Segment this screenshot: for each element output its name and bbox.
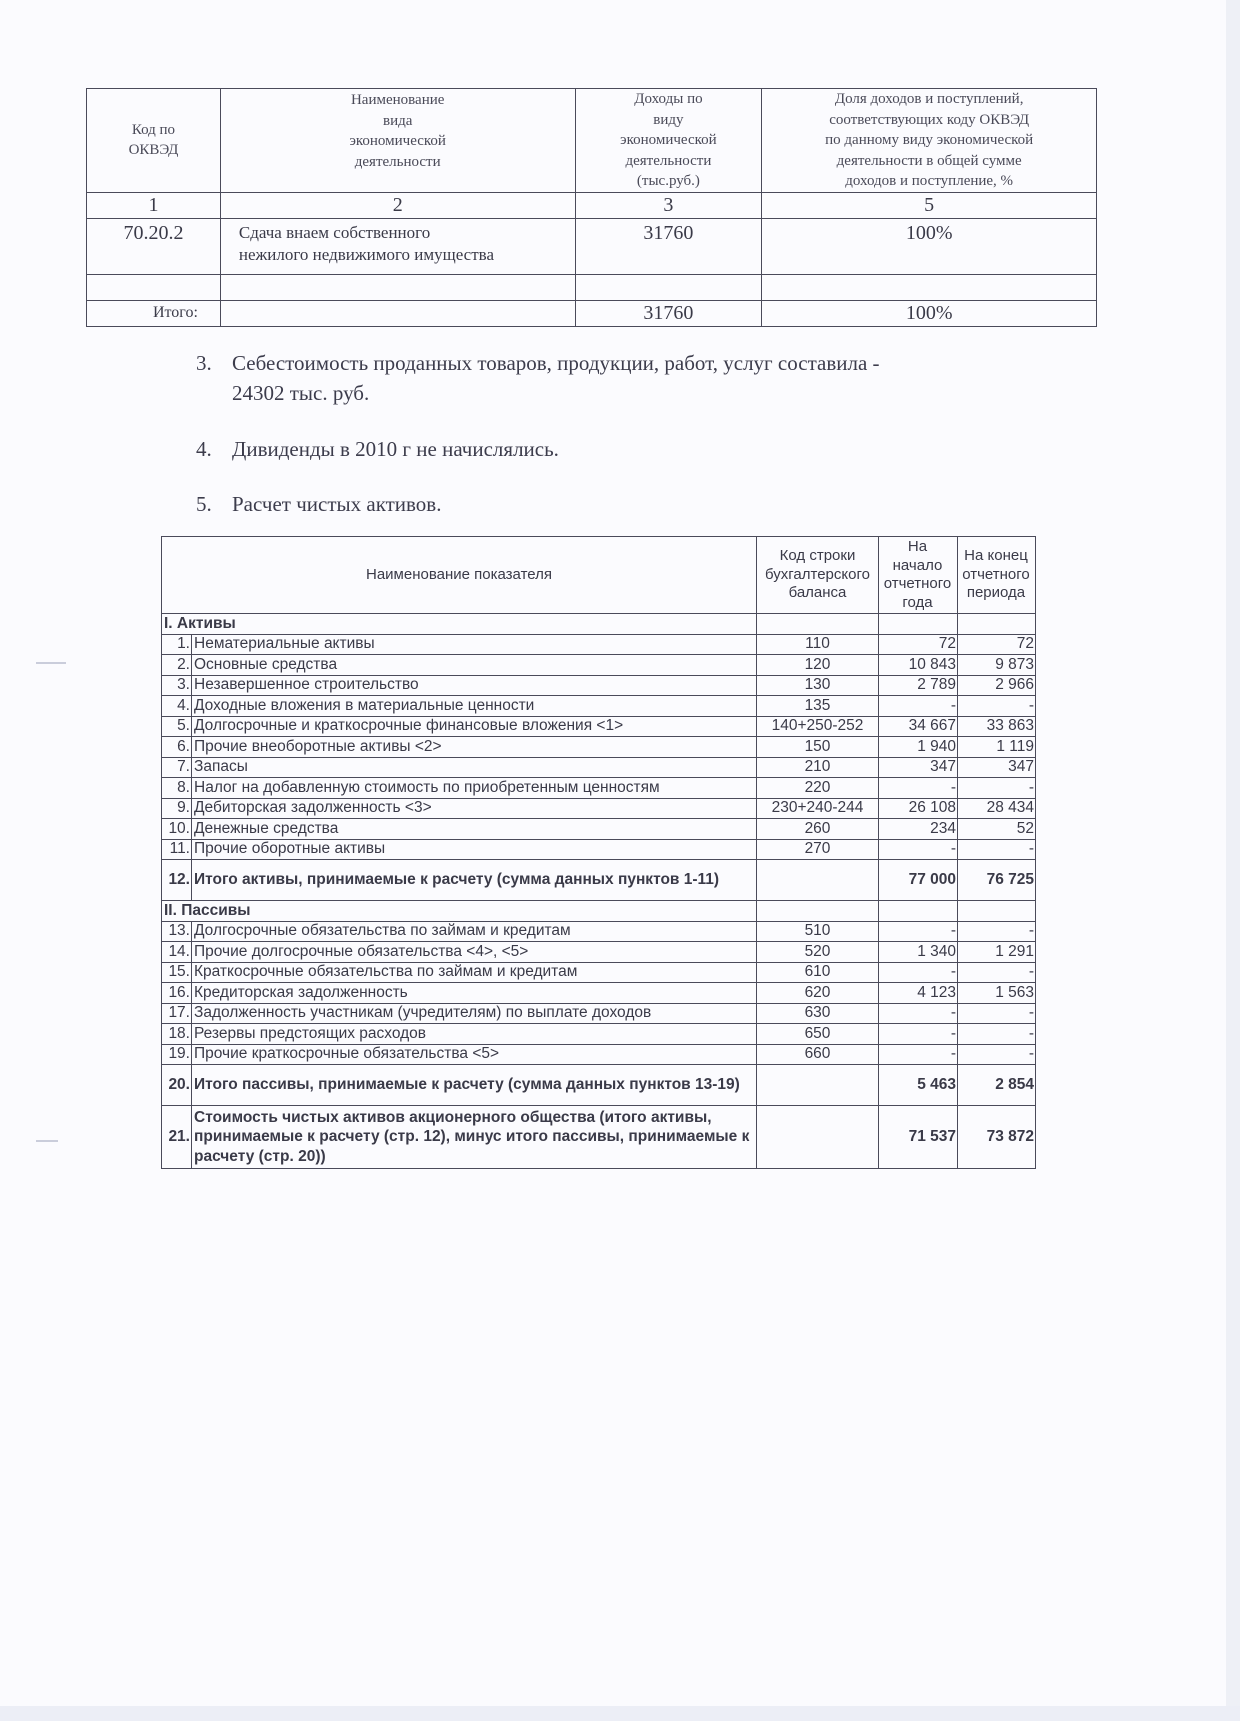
value-start-of-year: 347 (879, 757, 958, 778)
balance-line-code: 620 (757, 983, 879, 1004)
paragraph-line: 24302 тыс. руб. (232, 378, 369, 408)
value-start-of-year: 34 667 (879, 716, 958, 737)
table-row: 14.Прочие долгосрочные обязательства <4>… (162, 942, 1036, 963)
header-line: соответствующих коду ОКВЭД (762, 110, 1096, 131)
value-end-of-period: 33 863 (958, 716, 1036, 737)
okved-code-cell (87, 274, 221, 300)
indicator-name: Долгосрочные и краткосрочные финансовые … (192, 716, 757, 737)
header-line: Доля доходов и поступлений, (762, 89, 1096, 110)
empty-cell (958, 614, 1036, 635)
table-row: 4.Доходные вложения в материальные ценно… (162, 696, 1036, 717)
row-number: 11. (162, 839, 192, 860)
indicator-name: Итого пассивы, принимаемые к расчету (су… (192, 1065, 757, 1106)
indicator-name: Долгосрочные обязательства по займам и к… (192, 921, 757, 942)
table-row-empty (87, 274, 1097, 300)
value-start-of-year: 26 108 (879, 798, 958, 819)
header-okved-code: Код по ОКВЭД (87, 89, 221, 193)
table-row: 5.Долгосрочные и краткосрочные финансовы… (162, 716, 1036, 737)
balance-line-code: 135 (757, 696, 879, 717)
column-number: 5 (762, 192, 1097, 218)
total-name-cell (220, 300, 575, 326)
table-row: 2.Основные средства12010 8439 873 (162, 655, 1036, 676)
header-line: баланса (757, 584, 878, 603)
header-line: бухгалтерского (757, 566, 878, 585)
balance-line-code (757, 860, 879, 901)
table-header-row: Наименование показателя Код строки бухга… (162, 537, 1036, 614)
value-start-of-year: - (879, 921, 958, 942)
total-income: 31760 (575, 300, 762, 326)
balance-line-code: 130 (757, 675, 879, 696)
header-line: периода (958, 584, 1034, 603)
row-number: 4. (162, 696, 192, 717)
table-row: 15.Краткосрочные обязательства по займам… (162, 962, 1036, 983)
net-assets-table: Наименование показателя Код строки бухга… (161, 536, 1036, 1169)
header-line: Код строки (757, 547, 878, 566)
table-row: 12.Итого активы, принимаемые к расчету (… (162, 860, 1036, 901)
balance-line-code: 110 (757, 634, 879, 655)
header-line: Доходы по (576, 89, 762, 110)
header-line: (тыс.руб.) (576, 171, 762, 192)
balance-line-code: 270 (757, 839, 879, 860)
value-start-of-year: - (879, 696, 958, 717)
scan-edge-right (1226, 0, 1240, 1721)
paragraph-line: Расчет чистых активов. (232, 489, 441, 519)
table-row: 18.Резервы предстоящих расходов650-- (162, 1024, 1036, 1045)
row-number: 14. (162, 942, 192, 963)
table-row: 7.Запасы210347347 (162, 757, 1036, 778)
value-end-of-period: - (958, 778, 1036, 799)
header-start-of-year: На начало отчетного года (879, 537, 958, 614)
column-number: 2 (220, 192, 575, 218)
okved-income-table: Код по ОКВЭД Наименование вида экономиче… (86, 88, 1097, 327)
balance-line-code (757, 1106, 879, 1169)
header-income: Доходы по виду экономической деятельност… (575, 89, 762, 193)
table-row: 1. Нематериальные активы1107272 (162, 634, 1036, 655)
balance-line-code (757, 1065, 879, 1106)
header-balance-line-code: Код строки бухгалтерского баланса (757, 537, 879, 614)
value-end-of-period: - (958, 1024, 1036, 1045)
indicator-name: Прочие оборотные активы (192, 839, 757, 860)
section-title: I. Активы (162, 614, 757, 635)
row-number: 21. (162, 1106, 192, 1169)
value-start-of-year: - (879, 839, 958, 860)
table-row: 17.Задолженность участникам (учредителям… (162, 1003, 1036, 1024)
header-line: доходов и поступление, % (762, 171, 1096, 192)
header-indicator-name: Наименование показателя (162, 537, 757, 614)
header-line: вида (221, 111, 575, 132)
value-end-of-period: 2 966 (958, 675, 1036, 696)
header-line: года (879, 594, 956, 613)
activity-name-cell: Сдача внаем собственного нежилого недвиж… (220, 218, 575, 274)
indicator-name: Нематериальные активы (192, 634, 757, 655)
scan-artifact (36, 1140, 58, 1142)
empty-cell (757, 901, 879, 922)
header-income-share: Доля доходов и поступлений, соответствую… (762, 89, 1097, 193)
value-start-of-year: 71 537 (879, 1106, 958, 1169)
income-cell (575, 274, 762, 300)
row-number: 16. (162, 983, 192, 1004)
activity-name-line: Сдача внаем собственного (239, 222, 575, 244)
row-number: 10. (162, 819, 192, 840)
header-line: начало (879, 557, 956, 576)
balance-line-code: 630 (757, 1003, 879, 1024)
header-line: Код по (87, 120, 220, 141)
table-row: 13.Долгосрочные обязательства по займам … (162, 921, 1036, 942)
row-number: 7. (162, 757, 192, 778)
value-start-of-year: 234 (879, 819, 958, 840)
indicator-name: Прочие внеоборотные активы <2> (192, 737, 757, 758)
header-line: экономической (576, 130, 762, 151)
value-end-of-period: 76 725 (958, 860, 1036, 901)
balance-line-code: 660 (757, 1044, 879, 1065)
indicator-name: Прочие долгосрочные обязательства <4>, <… (192, 942, 757, 963)
row-number: 1. (162, 634, 192, 655)
table-row: 9.Дебиторская задолженность <3>230+240-2… (162, 798, 1036, 819)
row-number: 2. (162, 655, 192, 676)
value-start-of-year: - (879, 1024, 958, 1045)
header-end-of-period: На конец отчетного периода (958, 537, 1036, 614)
list-number: 3. (196, 348, 212, 378)
column-number: 3 (575, 192, 762, 218)
row-number: 12. (162, 860, 192, 901)
header-line: по данному виду экономической (762, 130, 1096, 151)
scan-edge-bottom (0, 1706, 1240, 1721)
table-row: 8.Налог на добавленную стоимость по прио… (162, 778, 1036, 799)
balance-line-code: 120 (757, 655, 879, 676)
share-cell: 100% (762, 218, 1097, 274)
indicator-name: Кредиторская задолженность (192, 983, 757, 1004)
table-header-row: Код по ОКВЭД Наименование вида экономиче… (87, 89, 1097, 193)
income-cell: 31760 (575, 218, 762, 274)
paragraph-line: Себестоимость проданных товаров, продукц… (232, 348, 880, 378)
share-cell (762, 274, 1097, 300)
value-end-of-period: 52 (958, 819, 1036, 840)
table-row: 19.Прочие краткосрочные обязательства <5… (162, 1044, 1036, 1065)
value-start-of-year: - (879, 778, 958, 799)
balance-line-code: 230+240-244 (757, 798, 879, 819)
indicator-name: Резервы предстоящих расходов (192, 1024, 757, 1045)
table-row: 10.Денежные средства26023452 (162, 819, 1036, 840)
empty-cell (879, 901, 958, 922)
row-number: 5. (162, 716, 192, 737)
list-number: 5. (196, 489, 212, 519)
balance-line-code: 140+250-252 (757, 716, 879, 737)
value-start-of-year: - (879, 1003, 958, 1024)
balance-line-code: 260 (757, 819, 879, 840)
balance-line-code: 210 (757, 757, 879, 778)
row-number: 6. (162, 737, 192, 758)
indicator-name: Основные средства (192, 655, 757, 676)
paragraph-line: Дивиденды в 2010 г не начислялись. (232, 434, 559, 464)
row-number: 9. (162, 798, 192, 819)
value-end-of-period: - (958, 921, 1036, 942)
indicator-name: Доходные вложения в материальные ценност… (192, 696, 757, 717)
section-header-row: I. Активы (162, 614, 1036, 635)
header-line: ОКВЭД (87, 140, 220, 161)
value-start-of-year: 72 (879, 634, 958, 655)
row-number: 20. (162, 1065, 192, 1106)
indicator-name: Денежные средства (192, 819, 757, 840)
table-row: 21.Стоимость чистых активов акционерного… (162, 1106, 1036, 1169)
value-end-of-period: 72 (958, 634, 1036, 655)
row-number: 19. (162, 1044, 192, 1065)
row-number: 13. (162, 921, 192, 942)
table-row: 16.Кредиторская задолженность6204 1231 5… (162, 983, 1036, 1004)
value-end-of-period: - (958, 839, 1036, 860)
balance-line-code: 510 (757, 921, 879, 942)
header-line: На (879, 538, 956, 557)
value-start-of-year: 10 843 (879, 655, 958, 676)
indicator-name: Прочие краткосрочные обязательства <5> (192, 1044, 757, 1065)
value-end-of-period: 1 291 (958, 942, 1036, 963)
header-line: Наименование (221, 90, 575, 111)
table-row: 11.Прочие оборотные активы270-- (162, 839, 1036, 860)
row-number: 15. (162, 962, 192, 983)
table-row: 3.Незавершенное строительство1302 7892 9… (162, 675, 1036, 696)
header-line: деятельности в общей сумме (762, 151, 1096, 172)
scan-artifact (36, 662, 66, 664)
value-end-of-period: - (958, 696, 1036, 717)
indicator-name: Краткосрочные обязательства по займам и … (192, 962, 757, 983)
empty-cell (958, 901, 1036, 922)
okved-code-cell: 70.20.2 (87, 218, 221, 274)
value-end-of-period: - (958, 962, 1036, 983)
balance-line-code: 150 (757, 737, 879, 758)
indicator-name: Налог на добавленную стоимость по приобр… (192, 778, 757, 799)
header-line: деятельности (576, 151, 762, 172)
header-line: отчетного (879, 575, 956, 594)
value-start-of-year: - (879, 1044, 958, 1065)
balance-line-code: 610 (757, 962, 879, 983)
header-line: На конец (958, 547, 1034, 566)
empty-cell (757, 614, 879, 635)
row-number: 17. (162, 1003, 192, 1024)
header-activity-name: Наименование вида экономической деятельн… (220, 89, 575, 193)
value-end-of-period: - (958, 1003, 1036, 1024)
value-end-of-period: 2 854 (958, 1065, 1036, 1106)
value-end-of-period: 1 119 (958, 737, 1036, 758)
indicator-name: Стоимость чистых активов акционерного об… (192, 1106, 757, 1169)
row-number: 3. (162, 675, 192, 696)
empty-cell (879, 614, 958, 635)
activity-name-cell (220, 274, 575, 300)
value-end-of-period: 73 872 (958, 1106, 1036, 1169)
balance-line-code: 520 (757, 942, 879, 963)
indicator-name: Запасы (192, 757, 757, 778)
value-end-of-period: 1 563 (958, 983, 1036, 1004)
value-start-of-year: 1 340 (879, 942, 958, 963)
value-end-of-period: 9 873 (958, 655, 1036, 676)
balance-line-code: 220 (757, 778, 879, 799)
header-line: виду (576, 110, 762, 131)
header-line: отчетного (958, 566, 1034, 585)
activity-name-line: нежилого недвижимого имущества (239, 244, 575, 266)
total-share: 100% (762, 300, 1097, 326)
indicator-name: Итого активы, принимаемые к расчету (сум… (192, 860, 757, 901)
value-start-of-year: 5 463 (879, 1065, 958, 1106)
column-number-row: 1 2 3 5 (87, 192, 1097, 218)
value-end-of-period: 28 434 (958, 798, 1036, 819)
value-start-of-year: 4 123 (879, 983, 958, 1004)
value-start-of-year: - (879, 962, 958, 983)
indicator-name: Дебиторская задолженность <3> (192, 798, 757, 819)
table-row: 70.20.2 Сдача внаем собственного нежилог… (87, 218, 1097, 274)
indicator-name: Задолженность участникам (учредителям) п… (192, 1003, 757, 1024)
value-start-of-year: 2 789 (879, 675, 958, 696)
table-row: 6.Прочие внеоборотные активы <2>1501 940… (162, 737, 1036, 758)
list-number: 4. (196, 434, 212, 464)
table-row: 20.Итого пассивы, принимаемые к расчету … (162, 1065, 1036, 1106)
header-line: деятельности (221, 152, 575, 173)
section-title: II. Пассивы (162, 901, 757, 922)
indicator-name: Незавершенное строительство (192, 675, 757, 696)
header-line: экономической (221, 131, 575, 152)
value-start-of-year: 1 940 (879, 737, 958, 758)
total-row: Итого: 31760 100% (87, 300, 1097, 326)
value-end-of-period: - (958, 1044, 1036, 1065)
value-start-of-year: 77 000 (879, 860, 958, 901)
row-number: 8. (162, 778, 192, 799)
row-number: 18. (162, 1024, 192, 1045)
column-number: 1 (87, 192, 221, 218)
total-label: Итого: (87, 300, 221, 326)
section-header-row: II. Пассивы (162, 901, 1036, 922)
value-end-of-period: 347 (958, 757, 1036, 778)
balance-line-code: 650 (757, 1024, 879, 1045)
